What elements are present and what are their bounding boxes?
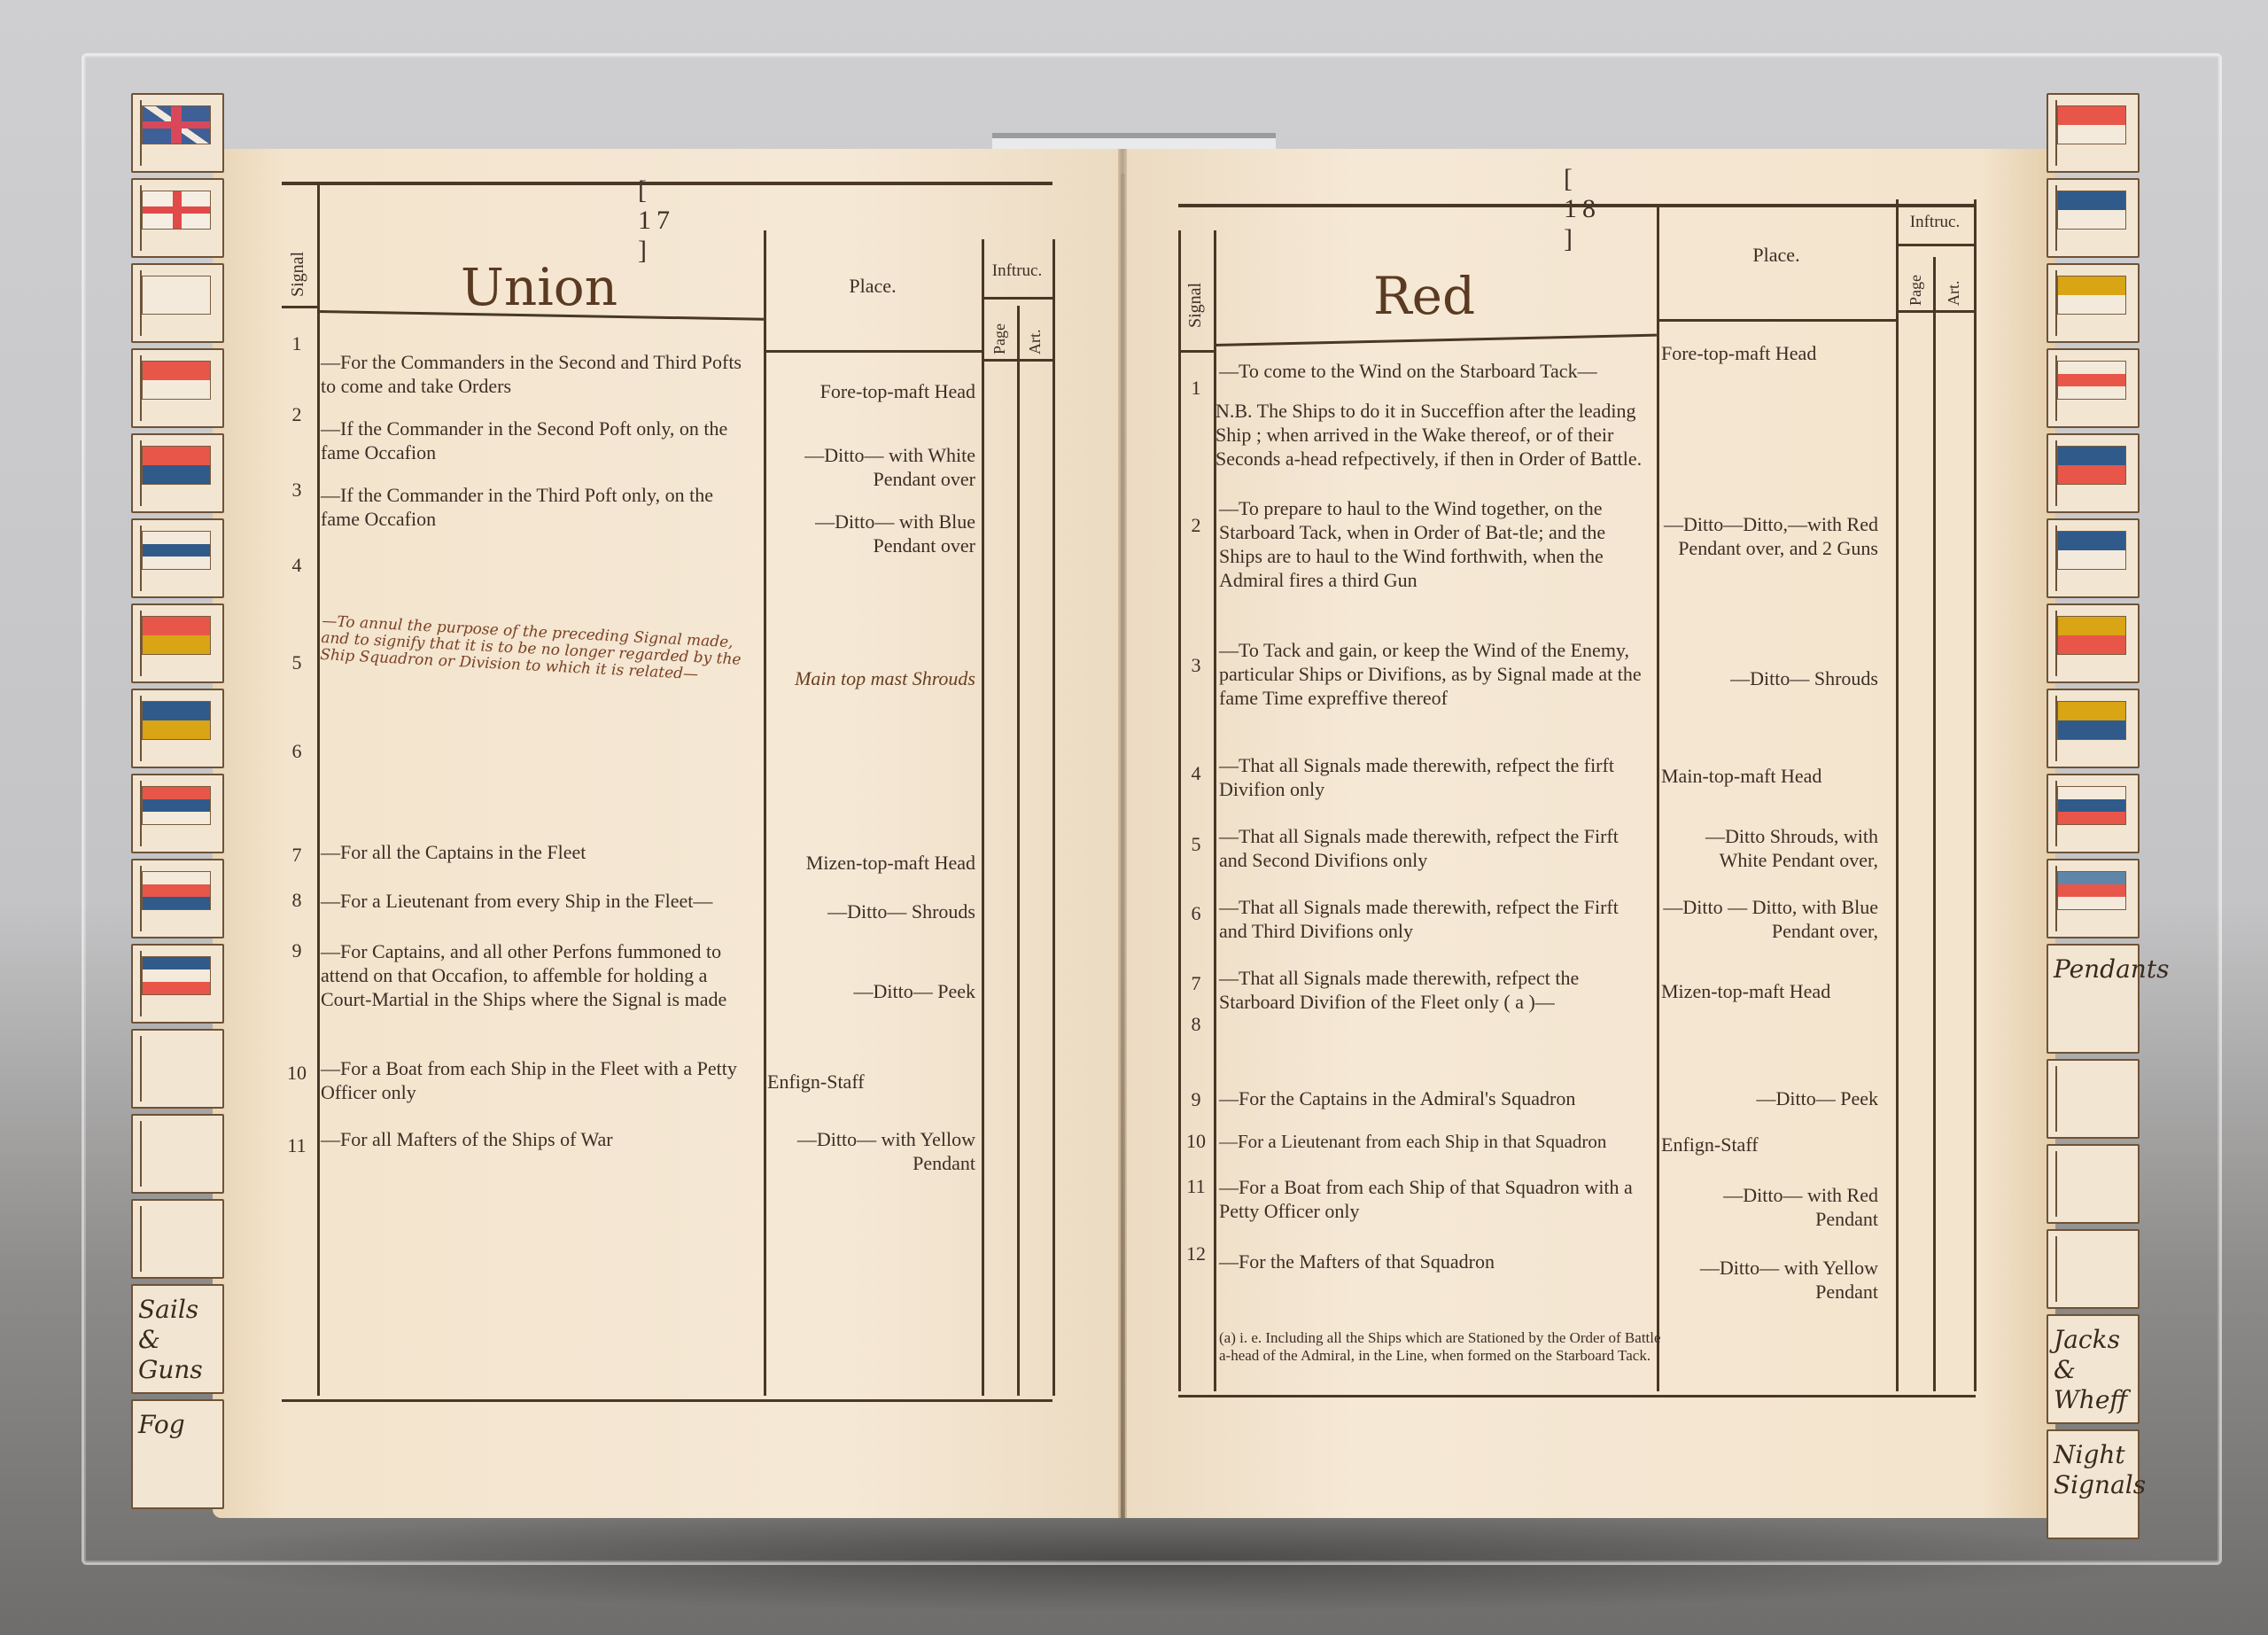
thumb-tab-blank-1[interactable] [131,1029,224,1109]
signal-place: Enfign-Staff [1661,1133,1878,1156]
signal-place: —Ditto— Shrouds [1661,666,1878,690]
signal-number: 8 [1183,1013,1209,1036]
white-flag-icon [142,276,211,315]
thumb-tab-red[interactable] [2047,93,2140,173]
signal-place: Main-top-maft Head [1661,764,1878,788]
thumb-tab-blank-2[interactable] [131,1114,224,1194]
tab-label: Fog [138,1410,219,1440]
thumb-tab-red-white[interactable] [131,348,224,428]
blue-yellow-flag-icon [142,701,211,740]
thumb-tab-yellow-blue[interactable] [2047,689,2140,768]
signal-place: —Ditto— Peek [767,979,975,1003]
signal-number: 12 [1183,1242,1209,1265]
signal-number: 9 [1183,1088,1209,1111]
signal-number: 5 [1183,833,1209,856]
thumb-tab-white[interactable] [131,263,224,343]
signal-row-text: —That all Signals made therewith, refpec… [1219,753,1644,801]
yellow-red-flag-icon [2057,616,2126,655]
thumb-tab-white-blue-red[interactable] [2047,774,2140,853]
signal-row-text: —For all Mafters of the Ships of War [321,1127,746,1151]
signal-row-text: —That all Signals made therewith, refpec… [1219,824,1644,872]
flagpole-icon [140,1036,142,1102]
signal-place: —Ditto—Ditto,—with Red Pendant over, and… [1661,512,1878,560]
thumb-tab-blank-2[interactable] [2047,1144,2140,1224]
signal-number: 2 [283,403,310,426]
red-white-flag-icon [142,361,211,400]
signal-number: 10 [283,1062,310,1085]
thumb-tab-sails-guns[interactable]: Sails & Guns [131,1284,224,1394]
blue-white-red-flag-icon [142,956,211,995]
blue-white-flag-icon [2057,531,2126,570]
signal-place: —Ditto— with White Pendant over [767,443,975,491]
signal-row-text: —For the Mafters of that Squadron [1219,1250,1644,1273]
thumb-tab-blank-3[interactable] [2047,1229,2140,1309]
thumb-tab-blue-white-red[interactable] [131,944,224,1024]
blue-red-white-flag-icon [2057,871,2126,910]
white-red-blue-flag-icon [142,871,211,910]
thumb-tab-fog[interactable]: Fog [131,1399,224,1509]
signal-row-text: —If the Commander in the Second Poft onl… [321,417,746,464]
signal-row-text: —For a Boat from each Ship of that Squad… [1219,1175,1644,1223]
signal-place: —Ditto— with Yellow Pendant [1661,1256,1878,1304]
signal-place: Mizen-top-maft Head [767,851,975,875]
page-column-header: Page [990,323,1009,354]
white-blue-white-flag-icon [142,531,211,570]
signal-number: 3 [1183,654,1209,677]
thumb-tab-blank-3[interactable] [131,1199,224,1279]
thumb-tab-white-blue-white[interactable] [131,518,224,598]
instruc-column-header: Inftruc. [982,261,1052,281]
nota-bene-text: N.B. The Ships to do it in Succeffion af… [1216,399,1653,471]
tab-label: Pendants [2054,954,2134,985]
signal-number: 9 [283,939,310,962]
signal-place: Fore-top-maft Head [1661,341,1887,365]
page-title: Red [1373,266,1475,326]
flagpole-icon [140,1206,142,1272]
signal-place: Enfign-Staff [767,1070,975,1094]
signal-place: —Ditto— with Red Pendant [1661,1183,1878,1231]
signal-number: 10 [1183,1130,1209,1153]
red-yellow-flag-icon [142,616,211,655]
signal-column-header: Signal [1185,283,1206,328]
signal-row-text: —For the Captains in the Admiral's Squad… [1219,1086,1653,1110]
signal-number: 4 [1183,762,1209,785]
tab-label: Night Signals [2054,1440,2134,1500]
signal-number: 11 [283,1134,310,1157]
thumb-tab-jacks-wheffs[interactable]: Jacks & Wheff [2047,1314,2140,1424]
thumb-tab-pendants[interactable]: Pendants [2047,944,2140,1054]
signal-row-text: —For a Lieutenant from every Ship in the… [321,889,755,913]
thumb-tab-st-george-cross[interactable] [131,178,224,258]
thumb-tab-blue-red-white[interactable] [2047,859,2140,938]
signal-row-text: —To prepare to haul to the Wind together… [1219,496,1644,592]
signal-number: 5 [283,651,310,674]
signal-row-text: —If the Commander in the Third Poft only… [321,483,746,531]
signal-number: 6 [283,740,310,763]
art-column-header: Art. [1945,281,1963,307]
signal-number: 1 [1183,377,1209,400]
yellow-flag-icon [2057,276,2126,315]
signal-number: 7 [283,844,310,867]
signal-row-text: —To Tack and gain, or keep the Wind of t… [1219,638,1644,710]
thumb-tab-blue[interactable] [2047,178,2140,258]
book-gutter [1118,149,1127,1518]
thumb-tab-blue-white[interactable] [2047,518,2140,598]
signal-row-text: —For the Commanders in the Second and Th… [321,350,746,398]
page-title: Union [461,257,617,317]
signal-number: 3 [283,479,310,502]
signal-number: 2 [1183,514,1209,537]
red-blue-white-flag-icon [142,786,211,825]
signal-place: Main top mast Shrouds [767,666,975,690]
signal-place: Fore-top-maft Head [767,379,975,403]
right-thumb-tabs: PendantsJacks & WheffNight Signals [2047,93,2140,1545]
st-george-cross-flag-icon [142,191,211,230]
signal-place: —Ditto — Ditto, with Blue Pendant over, [1661,895,1878,943]
signal-number: 7 [1183,972,1209,995]
thumb-tab-blue-red[interactable] [2047,433,2140,513]
thumb-tab-red-blue-white[interactable] [131,774,224,853]
signal-place: —Ditto— with Yellow Pendant [767,1127,975,1175]
flagpole-icon [140,1121,142,1187]
signal-number: 6 [1183,902,1209,925]
red-blue-flag-icon [142,446,211,485]
signal-place: —Ditto Shrouds, with White Pendant over, [1661,824,1878,872]
signal-number: 11 [1183,1175,1209,1198]
instruc-column-header: Inftruc. [1896,213,1974,232]
thumb-tab-blank-1[interactable] [2047,1059,2140,1139]
flagpole-icon [2055,1151,2057,1217]
thumb-tab-red-blue[interactable] [131,433,224,513]
signal-place: —Ditto— Shrouds [767,899,975,923]
flagpole-icon [2055,1236,2057,1302]
thumb-tab-white-red-blue[interactable] [131,859,224,938]
signal-row-text: —For a Boat from each Ship in the Fleet … [321,1056,746,1104]
blue-red-flag-icon [2057,446,2126,485]
thumb-tab-night-signals[interactable]: Night Signals [2047,1429,2140,1539]
red-flag-icon [2057,105,2126,144]
signal-number: 8 [283,889,310,912]
signal-row-text: —For Captains, and all other Perfons fum… [321,939,746,1011]
blue-flag-icon [2057,191,2126,230]
flagpole-icon [2055,1066,2057,1132]
footnote: (a) i. e. Including all the Ships which … [1219,1329,1662,1365]
thumb-tab-white-red-white[interactable] [2047,348,2140,428]
thumb-tab-blue-yellow[interactable] [131,689,224,768]
signal-row-text: —For all the Captains in the Fleet [321,840,746,864]
place-column-header: Place. [797,275,948,298]
art-column-header: Art. [1026,330,1045,355]
signal-row-text: —For a Lieutenant from each Ship in that… [1219,1130,1662,1154]
signal-row-text: —That all Signals made therewith, refpec… [1219,966,1644,1014]
signal-row-text: —That all Signals made therewith, refpec… [1219,895,1644,943]
thumb-tab-yellow[interactable] [2047,263,2140,343]
thumb-tab-yellow-red[interactable] [2047,603,2140,683]
yellow-blue-flag-icon [2057,701,2126,740]
left-thumb-tabs: Sails & GunsFog [131,93,224,1514]
signal-place: —Ditto— Peek [1661,1086,1878,1110]
tab-label: Sails & Guns [138,1295,219,1385]
signal-number: 4 [283,554,310,577]
page-column-header: Page [1907,275,1925,306]
thumb-tab-red-yellow[interactable] [131,603,224,683]
tab-label: Jacks & Wheff [2054,1325,2134,1415]
signal-place: —Ditto— with Blue Pendant over [767,510,975,557]
place-column-header: Place. [1701,244,1852,267]
signal-row-text: —To come to the Wind on the Starboard Ta… [1219,359,1653,383]
signal-place: Mizen-top-maft Head [1661,979,1878,1003]
white-red-white-flag-icon [2057,361,2126,400]
signal-column-header: Signal [288,252,308,297]
white-blue-red-flag-icon [2057,786,2126,825]
signal-number: 1 [283,332,310,355]
thumb-tab-union-jack[interactable] [131,93,224,173]
union-jack-flag-icon [142,105,211,144]
